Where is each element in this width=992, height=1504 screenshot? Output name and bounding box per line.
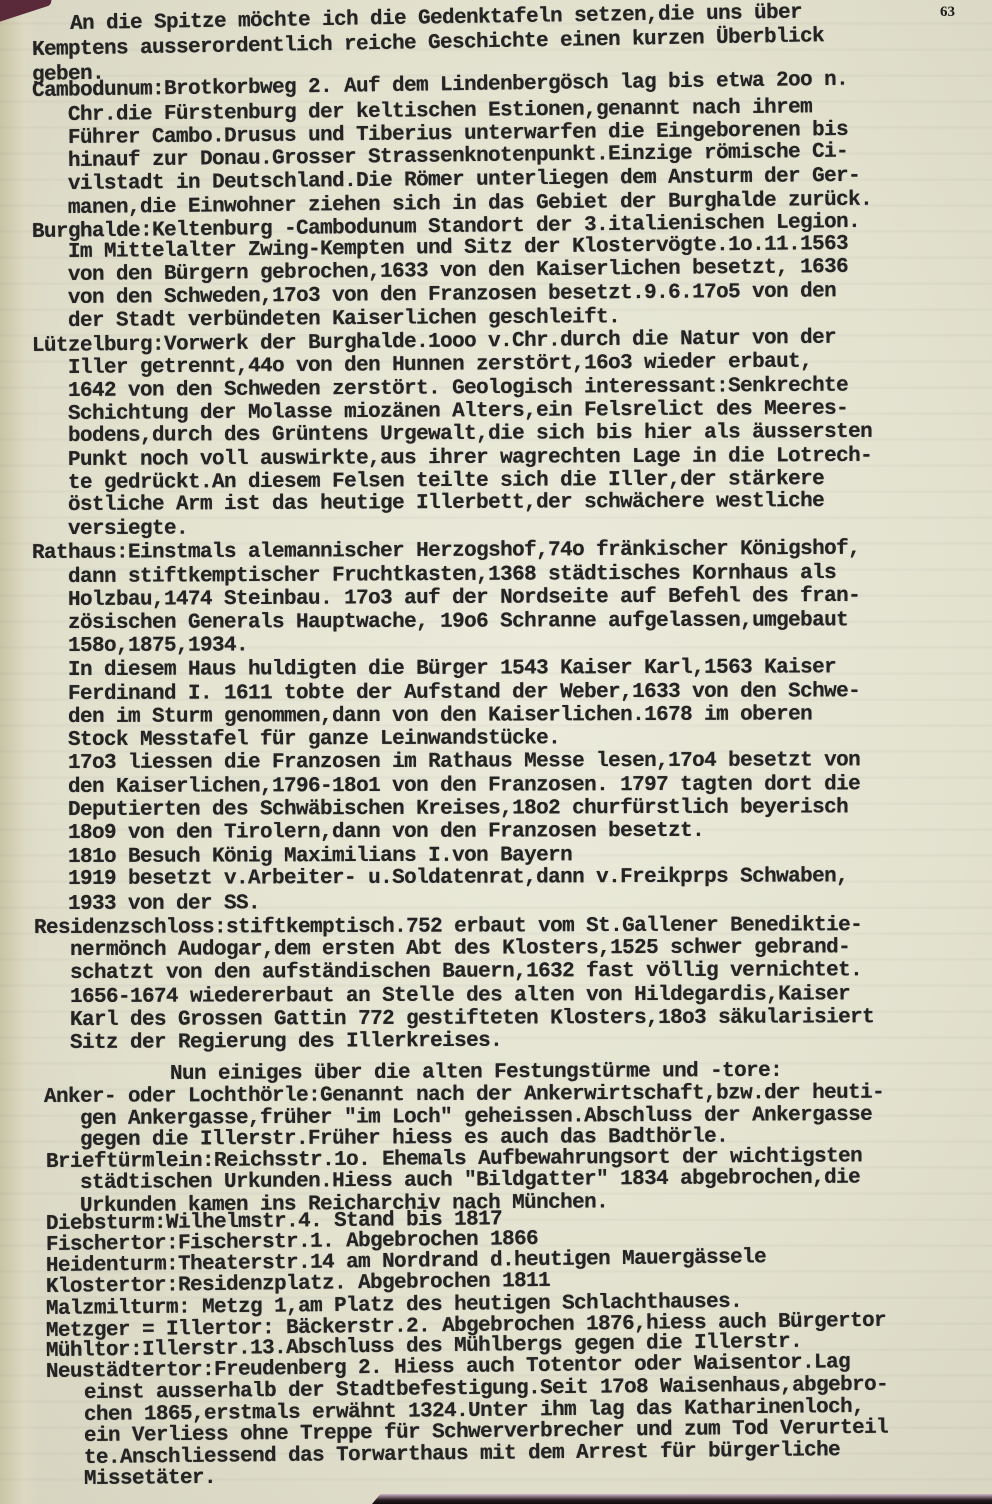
text-line: Deputierten des Schwäbischen Kreises,18o… [68, 796, 848, 822]
text-line: 181o Besuch König Maximilians I.von Baye… [68, 844, 572, 869]
text-line: Ferdinand I. 1611 tobte der Aufstand der… [68, 680, 860, 706]
text-line: 1656-1674 wiedererbaut an Stelle des alt… [70, 983, 850, 1009]
scanned-typewritten-page: 63 An die Spitze möchte ich die Gedenkta… [0, 0, 992, 1504]
text-line: schatzt von den aufständischen Bauern,16… [70, 959, 862, 985]
text-line: Sitz der Regierung des Illerkreises. [70, 1030, 502, 1055]
text-line: Rathaus:Einstmals alemannischer Herzogsh… [32, 538, 860, 565]
text-line: Holzbau,1474 Steinbau. 17o3 auf der Nord… [68, 585, 860, 612]
text-line: zösischen Generals Hauptwache, 19o6 Schr… [68, 609, 848, 635]
text-line: 17o3 liessen die Franzosen im Rathaus Me… [68, 749, 860, 775]
page-corner-shadow [0, 0, 53, 26]
text-line: östliche Arm ist das heutige Illerbett,d… [68, 490, 824, 517]
text-line: 1919 besetzt v.Arbeiter- u.Soldatenrat,d… [68, 865, 848, 891]
text-line: 158o,1875,1934. [68, 634, 248, 658]
text-line: Missetäter. [84, 1467, 216, 1491]
page-number: 63 [940, 4, 955, 21]
page-bottom-edge [372, 1494, 992, 1504]
text-line: versiegte. [68, 518, 188, 541]
text-line: 1933 von der SS. [68, 892, 260, 916]
text-line: 18o9 von den Tirolern,dann von den Franz… [68, 820, 704, 845]
text-line: In diesem Haus huldigten die Bürger 1543… [68, 656, 836, 682]
text-line: den im Sturm genommen,dann von den Kaise… [68, 703, 812, 729]
text-line: nermönch Audogar,dem ersten Abt des Klos… [70, 936, 850, 962]
text-line: Karl des Grossen Gattin 772 gestifteten … [70, 1006, 874, 1032]
text-line: bodens,durch des Grüntens Urgewalt,die s… [68, 421, 872, 448]
text-line: den Kaiserlichen,1796-18o1 von den Franz… [68, 773, 860, 799]
text-line: Stock Messtafel für ganze Leinwandstücke… [68, 727, 560, 752]
text-line: städtischen Urkunden.Hiess auch "Bildgat… [80, 1167, 860, 1195]
